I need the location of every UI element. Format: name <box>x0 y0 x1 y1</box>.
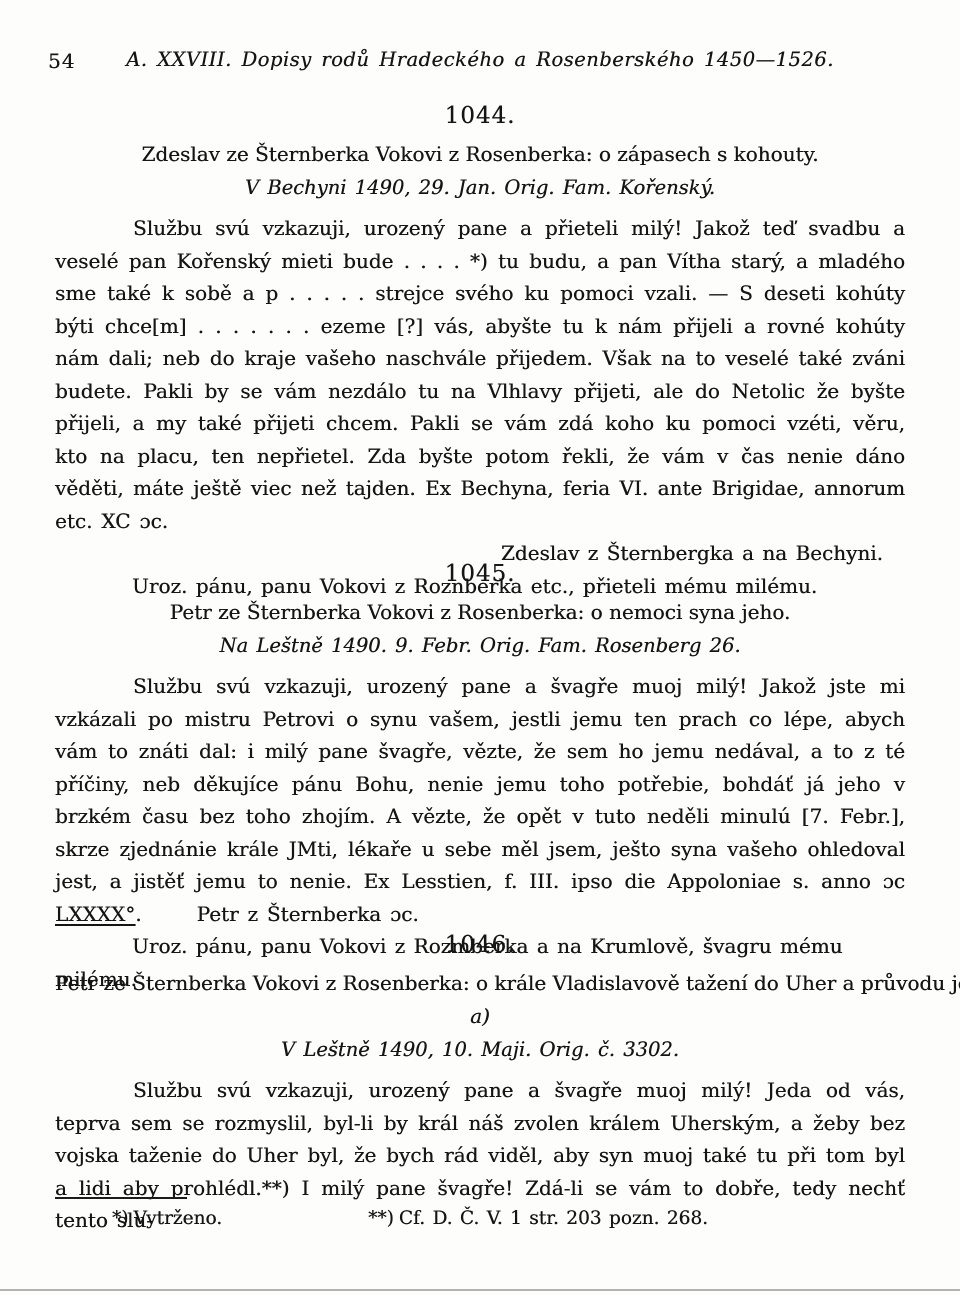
footnote-2: **)Cf. D. Č. V. 1 str. 203 pozn. 268. <box>368 1206 708 1232</box>
footnote-2-text: Cf. D. Č. V. 1 str. 203 pozn. 268. <box>399 1208 708 1229</box>
letter-subject: Petr ze Šternberka Vokovi z Rosenberka: … <box>55 970 905 996</box>
letter-number: 1045. <box>55 560 905 588</box>
inline-signature-segment: Petr z Šternberka ɔc. <box>197 902 419 926</box>
letter-section-1046: 1046. Petr ze Šternberka Vokovi z Rosenb… <box>55 931 905 1237</box>
running-title: A. XXVIII. Dopisy rodů Hradeckého a Rose… <box>55 48 905 71</box>
letter-body-paragraph: Službu svú vzkazuji, urozený pane a přie… <box>55 212 905 537</box>
body-text-segment: Službu svú vzkazuji, urozený pane a švag… <box>55 674 905 893</box>
footnote-1-text: Vytrženo. <box>133 1208 222 1229</box>
footnotes-row: *)Vytrženo. **)Cf. D. Č. V. 1 str. 203 p… <box>55 1206 905 1232</box>
footnote-2-marker: **) <box>368 1208 394 1229</box>
footnote-1: *)Vytrženo. <box>112 1206 222 1232</box>
letter-dateline: V Bechyni 1490, 29. Jan. Orig. Fam. Koře… <box>55 175 905 201</box>
body-text-segment: . <box>135 902 141 926</box>
book-page: 54 A. XXVIII. Dopisy rodů Hradeckého a R… <box>0 0 960 1295</box>
letter-section-1044: 1044. Zdeslav ze Šternberka Vokovi z Ros… <box>55 102 905 602</box>
letter-subject: Petr ze Šternberka Vokovi z Rosenberka: … <box>55 599 905 625</box>
underlined-year-segment: LXXXX° <box>55 902 135 926</box>
scan-edge-artifact <box>0 1289 960 1291</box>
letter-section-1045: 1045. Petr ze Šternberka Vokovi z Rosenb… <box>55 560 905 995</box>
letter-number: 1044. <box>55 102 905 130</box>
footnote-1-marker: *) <box>112 1208 128 1229</box>
letter-number: 1046. <box>55 931 905 959</box>
letter-subject: Zdeslav ze Šternberka Vokovi z Rosenberk… <box>55 141 905 167</box>
page-number: 54 <box>48 49 75 73</box>
letter-body-paragraph: Službu svú vzkazuji, urozený pane a švag… <box>55 670 905 930</box>
letter-sub-label: a) <box>55 1003 905 1029</box>
page-header: 54 A. XXVIII. Dopisy rodů Hradeckého a R… <box>55 48 905 76</box>
letter-dateline: Na Leštně 1490. 9. Febr. Orig. Fam. Rose… <box>55 633 905 659</box>
letter-dateline: V Leštně 1490, 10. Maji. Orig. č. 3302. <box>55 1037 905 1063</box>
footnote-separator-rule <box>55 1197 187 1199</box>
